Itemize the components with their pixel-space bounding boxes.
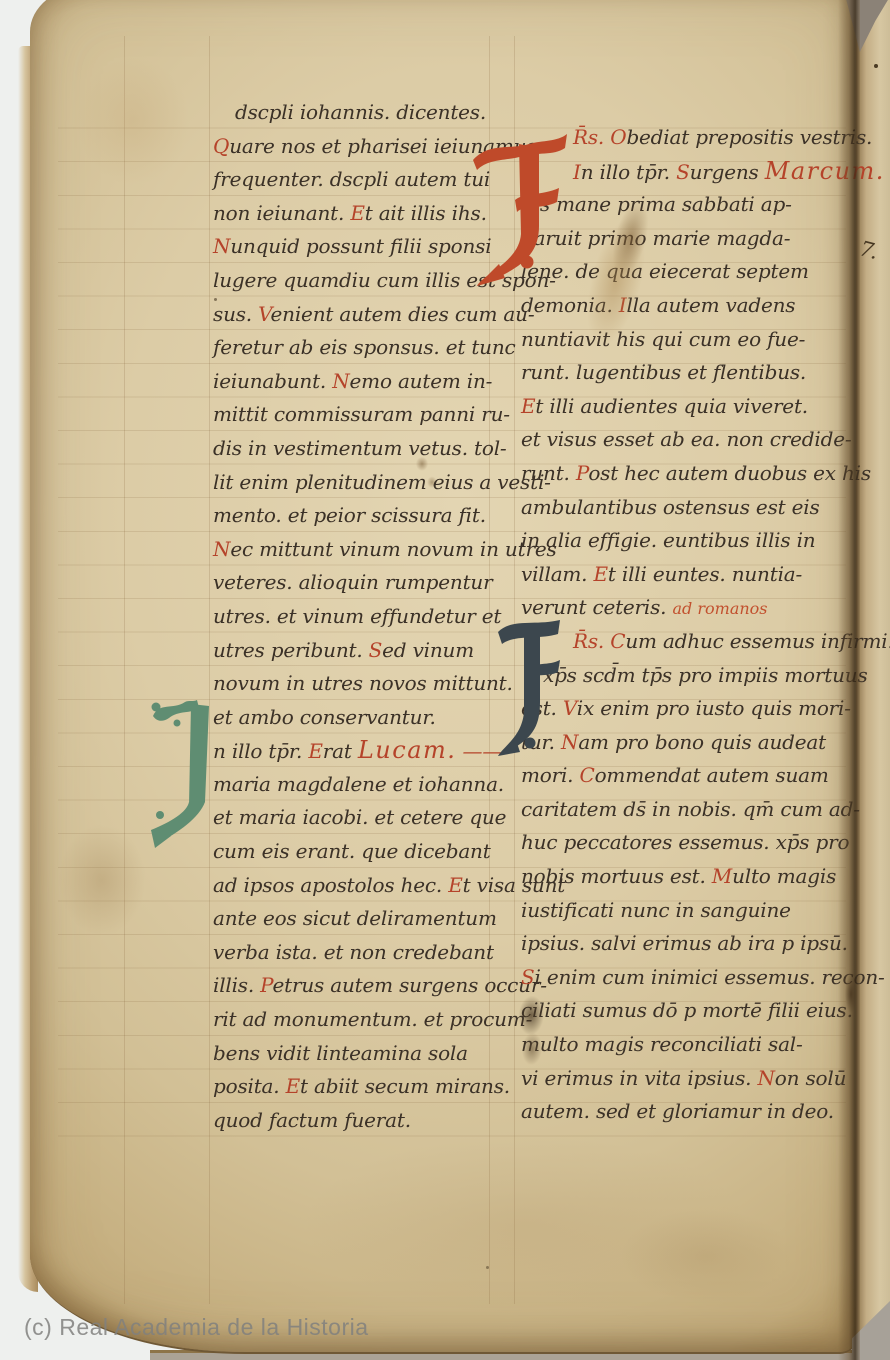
ink-text: veteres. alioquin rumpentur bbox=[213, 570, 492, 594]
ink-text: ost hec autem duobus ex his bbox=[588, 461, 871, 485]
ink-text: quod factum fuerat. bbox=[213, 1108, 411, 1132]
manuscript-line: lit enim plenitudinem eius a vesti- bbox=[213, 466, 489, 500]
red-initial-letter: E bbox=[594, 562, 608, 586]
ink-text: ipsius. salvi erimus ab ira p ipsū. bbox=[521, 931, 848, 955]
vertical-ruling bbox=[209, 36, 210, 1304]
illuminated-initial-F-red bbox=[463, 130, 571, 292]
manuscript-line: Nunquid possunt filii sponsi bbox=[213, 230, 489, 264]
ink-text: ad ipsos apostolos hec. bbox=[213, 873, 448, 897]
ink-text: rit ad monumentum. et procum- bbox=[213, 1007, 532, 1031]
red-initial-letter: N bbox=[213, 234, 230, 258]
ink-text: mittit commissuram panni ru- bbox=[213, 402, 510, 426]
ink-text: urgens bbox=[690, 160, 765, 184]
red-initial-letter: E bbox=[308, 739, 322, 763]
rubric-text: Lucam. bbox=[358, 736, 457, 764]
manuscript-line: frequenter. dscpli autem tui bbox=[213, 163, 489, 197]
ink-text: mento. et peior scissura fit. bbox=[213, 503, 486, 527]
ink-text: autem. sed et gloriamur in deo. bbox=[521, 1099, 834, 1123]
red-initial-letter: E bbox=[521, 394, 535, 418]
manuscript-line: mento. et peior scissura fit. bbox=[213, 499, 489, 533]
ink-text: feretur ab eis sponsus. et tunc bbox=[213, 335, 516, 359]
red-initial-letter: E bbox=[286, 1074, 300, 1098]
red-initial-letter: N bbox=[332, 369, 349, 393]
manuscript-line: ante eos sicut deliramentum bbox=[213, 902, 489, 936]
red-initial-letter: S bbox=[676, 160, 690, 184]
manuscript-line: caritatem ds̄ in nobis. qm̄ cum ad- bbox=[521, 793, 855, 827]
ink-text: novum in utres novos mittunt. bbox=[213, 671, 513, 695]
manuscript-line: R̄s. Cum adhuc essemus infirmi. bbox=[521, 625, 855, 659]
ink-text: ommendat autem suam bbox=[595, 763, 829, 787]
vertical-ruling bbox=[124, 36, 125, 1304]
ink-text: multo magis reconciliati sal- bbox=[521, 1032, 803, 1056]
manuscript-line: utres. et vinum effundetur et bbox=[213, 600, 489, 634]
manuscript-line: demonia. Illa autem vadens bbox=[521, 289, 855, 323]
speck bbox=[214, 298, 217, 301]
manuscript-line: sus. Venient autem dies cum au- bbox=[213, 298, 489, 332]
ink-text: ed vinum bbox=[382, 638, 474, 662]
rubric-text: Marcum. bbox=[765, 157, 885, 185]
manuscript-line: nuntiavit his qui cum eo fue- bbox=[521, 323, 855, 357]
ink-text: maria magdalene et iohanna. bbox=[213, 772, 504, 796]
manuscript-line: rit ad monumentum. et procum- bbox=[213, 1003, 489, 1037]
manuscript-line: et visus esset ab ea. non credide- bbox=[521, 423, 855, 457]
manuscript-line: In illo tp̄r. Surgens Marcum. bbox=[521, 155, 855, 189]
manuscript-line: veteres. alioquin rumpentur bbox=[213, 566, 489, 600]
ink-text: ante eos sicut deliramentum bbox=[213, 906, 497, 930]
manuscript-line: non ieiunant. Et ait illis ihs. bbox=[213, 197, 489, 231]
red-initial-letter: S bbox=[521, 965, 535, 989]
ink-text: bens vidit linteamina sola bbox=[213, 1041, 468, 1065]
left-text-column: dscpli iohannis. dicentes.Quare nos et p… bbox=[213, 96, 489, 1137]
manuscript-line: xp̄s scd̄m tp̄s pro impiis mortuus bbox=[521, 659, 855, 693]
illuminated-initial-F-dark bbox=[492, 614, 564, 766]
manuscript-line: ciliati sumus dō p mortē filii eius. bbox=[521, 994, 855, 1028]
ink-text: lla autem vadens bbox=[626, 293, 795, 317]
manuscript-line: verunt ceteris. ad romanos bbox=[521, 591, 855, 625]
manuscript-line: Quare nos et pharisei ieiunamus bbox=[213, 130, 489, 164]
manuscript-line: runt. Post hec autem duobus ex his bbox=[521, 457, 855, 491]
ink-text: cum eis erant. que dicebant bbox=[213, 839, 491, 863]
manuscript-line: bens vidit linteamina sola bbox=[213, 1037, 489, 1071]
red-initial-letter: V bbox=[258, 302, 270, 326]
red-initial-letter: M bbox=[712, 864, 732, 888]
manuscript-line: et ambo conservantur. bbox=[213, 701, 489, 735]
ink-text: frequenter. dscpli autem tui bbox=[213, 167, 490, 191]
ink-text: i enim cum inimici essemus. recon- bbox=[535, 965, 885, 989]
book-gutter bbox=[838, 0, 860, 1360]
ink-text: rat bbox=[323, 739, 358, 763]
ink-text: ieiunabunt. bbox=[213, 369, 332, 393]
right-text-column: R̄s. Obediat prepositis vestris.In illo … bbox=[521, 121, 855, 1129]
red-initial-letter: R̄s. C bbox=[573, 629, 625, 653]
red-initial-letter: P bbox=[576, 461, 588, 485]
ink-text: dscpli iohannis. dicentes. bbox=[235, 100, 486, 124]
manuscript-line: ambulantibus ostensus est eis bbox=[521, 491, 855, 525]
manuscript-line: Nec mittunt vinum novum in utres bbox=[213, 533, 489, 567]
ink-text: t abiit secum mirans. bbox=[300, 1074, 510, 1098]
ink-text: nobis mortuus est. bbox=[521, 864, 712, 888]
ink-text: et visus esset ab ea. non credide- bbox=[521, 427, 851, 451]
copyright-watermark: (c) Real Academia de la Historia bbox=[24, 1314, 369, 1341]
ink-text: utres peribunt. bbox=[213, 638, 369, 662]
ink-text: emo autem in- bbox=[350, 369, 493, 393]
manuscript-line: autem. sed et gloriamur in deo. bbox=[521, 1095, 855, 1129]
manuscript-line: mori. Commendat autem suam bbox=[521, 759, 855, 793]
manuscript-line: ipsius. salvi erimus ab ira p ipsū. bbox=[521, 927, 855, 961]
ink-text: demonia. bbox=[521, 293, 619, 317]
ink-text: lit enim plenitudinem eius a vesti- bbox=[213, 470, 551, 494]
ink-text: t illi euntes. nuntia- bbox=[608, 562, 802, 586]
manuscript-line: R̄s. Obediat prepositis vestris. bbox=[521, 121, 855, 155]
red-initial-letter: V bbox=[563, 696, 577, 720]
ink-text: et ambo conservantur. bbox=[213, 705, 436, 729]
ink-text: ambulantibus ostensus est eis bbox=[521, 495, 820, 519]
ink-text: caritatem ds̄ in nobis. qm̄ cum ad- bbox=[521, 797, 860, 821]
manuscript-line: dis in vestimentum vetus. tol- bbox=[213, 432, 489, 466]
ink-text: verba ista. et non credebant bbox=[213, 940, 494, 964]
illuminated-initial-I-green bbox=[147, 694, 221, 852]
ink-text: n illo tp̄r. bbox=[213, 739, 308, 763]
manuscript-scan: { "watermark": "(c) Real Academia de la … bbox=[0, 0, 890, 1360]
manuscript-line: runt. lugentibus et flentibus. bbox=[521, 356, 855, 390]
rubric-text: ad romanos bbox=[673, 599, 768, 618]
ink-text: ec mittunt vinum novum in utres bbox=[230, 537, 556, 561]
ink-text: am pro bono quis audeat bbox=[578, 730, 826, 754]
manuscript-line: nobis mortuus est. Multo magis bbox=[521, 860, 855, 894]
ink-text: t illi audientes quia viveret. bbox=[535, 394, 808, 418]
red-initial-letter: N bbox=[213, 537, 230, 561]
ink-text: ulto magis bbox=[732, 864, 836, 888]
manuscript-line: villam. Et illi euntes. nuntia- bbox=[521, 558, 855, 592]
ink-text: sus. bbox=[213, 302, 258, 326]
manuscript-line: lugere quamdiu cum illis est spon- bbox=[213, 264, 489, 298]
ink-text: villam. bbox=[521, 562, 594, 586]
manuscript-line: ihs mane prima sabbati ap- bbox=[521, 188, 855, 222]
ink-text: illis. bbox=[213, 973, 260, 997]
manuscript-line: quod factum fuerat. bbox=[213, 1104, 489, 1138]
ink-text: runt. lugentibus et flentibus. bbox=[521, 360, 806, 384]
manuscript-line: iustificati nunc in sanguine bbox=[521, 894, 855, 928]
manuscript-line: est. Vix enim pro iusto quis mori- bbox=[521, 692, 855, 726]
ink-text: on solū bbox=[775, 1066, 846, 1090]
manuscript-line: vi erimus in vita ipsius. Non solū bbox=[521, 1062, 855, 1096]
manuscript-line: tur. Nam pro bono quis audeat bbox=[521, 726, 855, 760]
red-initial-letter: I bbox=[573, 160, 581, 184]
red-initial-letter: C bbox=[579, 763, 594, 787]
manuscript-line: ieiunabunt. Nemo autem in- bbox=[213, 365, 489, 399]
ink-text: et maria iacobi. et cetere que bbox=[213, 805, 506, 829]
ink-text: runt. bbox=[521, 461, 576, 485]
manuscript-line: illis. Petrus autem surgens occur- bbox=[213, 969, 489, 1003]
binding-knot bbox=[843, 968, 859, 1020]
red-initial-letter: S bbox=[369, 638, 383, 662]
manuscript-line: huc peccatores essemus. xp̄s pro bbox=[521, 826, 855, 860]
ink-text: bediat prepositis vestris. bbox=[626, 125, 872, 149]
ink-text: ix enim pro iusto quis mori- bbox=[577, 696, 851, 720]
ink-text: xp̄s scd̄m tp̄s pro impiis mortuus bbox=[543, 663, 868, 687]
manuscript-line: dscpli iohannis. dicentes. bbox=[213, 96, 489, 130]
red-initial-letter: E bbox=[350, 201, 364, 225]
manuscript-line: in alia effigie. euntibus illis in bbox=[521, 524, 855, 558]
ink-text: vi erimus in vita ipsius. bbox=[521, 1066, 757, 1090]
manuscript-line: paruit primo marie magda- bbox=[521, 222, 855, 256]
red-initial-letter: R̄s. O bbox=[573, 125, 626, 149]
manuscript-line: novum in utres novos mittunt. bbox=[213, 667, 489, 701]
manuscript-line: utres peribunt. Sed vinum bbox=[213, 634, 489, 668]
manuscript-line: cum eis erant. que dicebant bbox=[213, 835, 489, 869]
manuscript-line: n illo tp̄r. Erat Lucam. —— bbox=[213, 734, 489, 768]
red-initial-letter: N bbox=[757, 1066, 774, 1090]
manuscript-line: Si enim cum inimici essemus. recon- bbox=[521, 961, 855, 995]
ink-text: enient autem dies cum au- bbox=[271, 302, 535, 326]
red-initial-letter: Q bbox=[213, 134, 229, 158]
manuscript-line: posita. Et abiit secum mirans. bbox=[213, 1070, 489, 1104]
speck bbox=[874, 64, 878, 68]
ink-text: in alia effigie. euntibus illis in bbox=[521, 528, 815, 552]
ink-text: non ieiunant. bbox=[213, 201, 350, 225]
ink-text: iustificati nunc in sanguine bbox=[521, 898, 791, 922]
speck bbox=[486, 1266, 489, 1269]
ink-text: dis in vestimentum vetus. tol- bbox=[213, 436, 506, 460]
manuscript-line: Et illi audientes quia viveret. bbox=[521, 390, 855, 424]
ink-text: posita. bbox=[213, 1074, 286, 1098]
manuscript-line: maria magdalene et iohanna. bbox=[213, 768, 489, 802]
ink-text: etrus autem surgens occur- bbox=[273, 973, 547, 997]
red-initial-letter: P bbox=[260, 973, 272, 997]
ink-text: nuntiavit his qui cum eo fue- bbox=[521, 327, 805, 351]
manuscript-line: et maria iacobi. et cetere que bbox=[213, 801, 489, 835]
ink-text: ciliati sumus dō p mortē filii eius. bbox=[521, 998, 853, 1022]
manuscript-line: lene. de qua eiecerat septem bbox=[521, 255, 855, 289]
ink-text: huc peccatores essemus. xp̄s pro bbox=[521, 830, 849, 854]
ink-text: unquid possunt filii sponsi bbox=[230, 234, 491, 258]
red-initial-letter: E bbox=[448, 873, 462, 897]
ink-text: mori. bbox=[521, 763, 579, 787]
ink-text: utres. et vinum effundetur et bbox=[213, 604, 501, 628]
manuscript-line: verba ista. et non credebant bbox=[213, 936, 489, 970]
manuscript-line: feretur ab eis sponsus. et tunc bbox=[213, 331, 489, 365]
ink-text: n illo tp̄r. bbox=[581, 160, 676, 184]
manuscript-line: multo magis reconciliati sal- bbox=[521, 1028, 855, 1062]
manuscript-line: mittit commissuram panni ru- bbox=[213, 398, 489, 432]
manuscript-line: ad ipsos apostolos hec. Et visa sunt bbox=[213, 869, 489, 903]
